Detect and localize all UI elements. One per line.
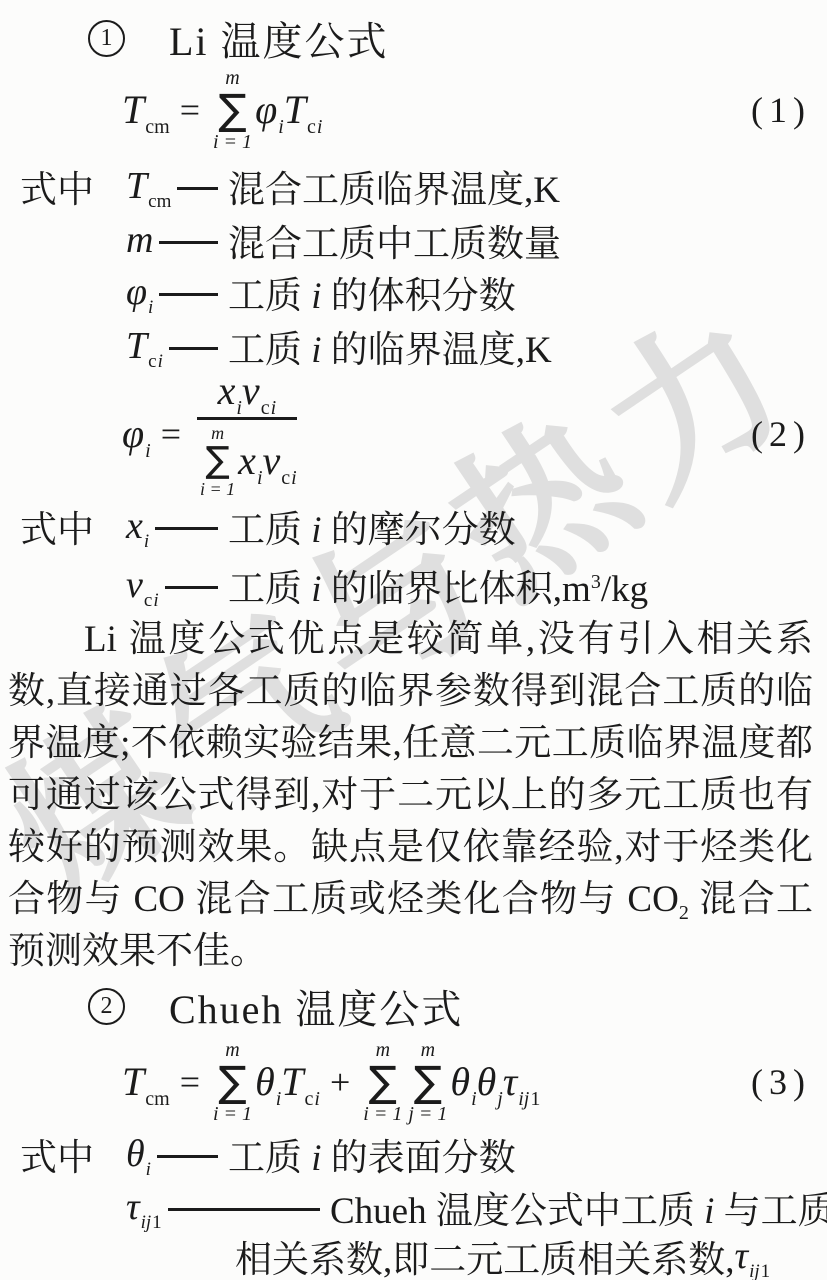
definition-term: Tcm <box>126 164 224 208</box>
denominator: m∑i = 1xivci <box>197 420 297 498</box>
var-subscript: i <box>314 1089 320 1109</box>
math-variable: τij1 <box>503 1062 540 1102</box>
text-run: 的临界温度,K <box>322 330 552 371</box>
math-variable: Tcm <box>122 90 170 130</box>
var-subscript: i <box>317 117 323 137</box>
definition-row: 式中 Tcm 混合工质临界温度,K <box>0 158 827 214</box>
paragraph-line: 较好的预测效果。缺点是仅依靠经验,对于烃类化 <box>8 822 813 874</box>
var-base: T <box>281 1062 303 1102</box>
var-subscript: cm <box>145 1089 169 1109</box>
paragraph-line: 数,直接通过各工质的临界参数得到混合工质的临 <box>8 666 813 718</box>
math-variable: θi <box>126 1135 151 1173</box>
term-symbol: φi <box>126 270 153 314</box>
where-label: 式中 <box>20 1127 126 1181</box>
paragraph-line: Li 温度公式优点是较简单,没有引入相关系 <box>8 614 813 666</box>
math-operator: = <box>161 413 181 455</box>
definition-description: 工质 i 的临界温度,K <box>228 319 552 373</box>
sum-lower-limit: i = 1 <box>213 1104 252 1124</box>
equation-1-number: (1) <box>751 89 811 131</box>
var-base: x <box>218 371 236 411</box>
term-symbol: τij1 <box>126 1185 162 1229</box>
var-subscript: i <box>278 117 284 137</box>
summation: m∑i = 1 <box>213 1040 252 1124</box>
math-italic: i <box>311 1138 321 1179</box>
var-subscript: 1 <box>530 1089 540 1109</box>
math-variable: vci <box>126 566 159 604</box>
definition-dash <box>168 1208 320 1211</box>
text-run: 工质 <box>228 330 311 371</box>
sigma-icon: ∑ <box>218 1060 246 1104</box>
definition-description: 工质 i 的体积分数 <box>228 265 516 319</box>
var-subscript: i <box>144 532 149 551</box>
var-base: τ <box>126 1188 140 1226</box>
term-symbol: vci <box>126 563 159 607</box>
var-base: θ <box>477 1062 497 1102</box>
text-run: 的临界比体积,m <box>322 569 591 610</box>
var-base: T <box>122 1062 144 1102</box>
paragraph-line: 可通过该公式得到,对于二元以上的多元工质也有 <box>8 770 813 822</box>
section-title: Chueh 温度公式 <box>169 978 463 1035</box>
text-run: 数,直接通过各工质的临界参数得到混合工质的临 <box>8 671 813 712</box>
var-base: x <box>126 507 143 545</box>
definition-term: τij1 <box>126 1185 326 1229</box>
var-subscript: i <box>148 298 153 317</box>
definition-row: 式中 xi 工质 i 的摩尔分数 <box>0 500 827 552</box>
var-base: T <box>126 167 147 205</box>
var-subscript: c <box>144 591 152 610</box>
text-run: Li 温度公式优点是较简单,没有引入相关系 <box>84 619 813 660</box>
term-symbol: θi <box>126 1132 151 1176</box>
section-title: Li 温度公式 <box>169 10 389 67</box>
math-variable: τij1 <box>735 1237 771 1275</box>
page-content: 1 Li 温度公式 Tcm=m∑i = 1φiTci (1) 式中 Tcm 混合… <box>0 16 827 1280</box>
var-base: m <box>126 221 153 259</box>
text-run: 混合工质中工质数量 <box>228 224 561 265</box>
text-run: 界温度;不依赖实验结果,任意二元工质临界温度都 <box>8 723 813 764</box>
definition-row: Tci 工质 i 的临界温度,K <box>0 318 827 374</box>
text-run: 工质 <box>228 569 311 610</box>
equation-1-row: Tcm=m∑i = 1φiTci (1) <box>0 62 827 158</box>
definition-description: 工质 i 的摩尔分数 <box>228 499 516 553</box>
equation-3-formula: Tcm=m∑i = 1θiTci+m∑i = 1m∑j = 1θiθjτij1 <box>122 1040 540 1124</box>
var-subscript: ij <box>749 1262 760 1280</box>
text-run: 合物与 CO 混合工质或烃类化合物与 CO <box>8 879 679 920</box>
math-variable: φi <box>122 414 151 454</box>
math-operator: = <box>180 89 200 131</box>
var-base: τ <box>503 1062 517 1102</box>
summation: m∑i = 1 <box>363 1040 402 1124</box>
sum-lower-limit: j = 1 <box>408 1104 447 1124</box>
text-run: 相关系数,即二元工质相关系数, <box>235 1229 735 1280</box>
var-base: τ <box>735 1237 749 1275</box>
var-subscript: cm <box>145 117 169 137</box>
math-italic: i <box>311 330 321 371</box>
sigma-icon: ∑ <box>205 442 229 480</box>
summation: m∑j = 1 <box>408 1040 447 1124</box>
var-base: T <box>284 90 306 130</box>
var-subscript: i <box>146 1160 151 1179</box>
sigma-icon: ∑ <box>369 1060 397 1104</box>
var-subscript: c <box>307 117 316 137</box>
var-subscript: cm <box>148 192 171 211</box>
paragraph-line: 合物与 CO 混合工质或烃类化合物与 CO2 混合工质 <box>8 874 813 926</box>
definition-term: φi <box>126 270 224 314</box>
definition-dash <box>165 586 218 589</box>
superscript: 3 <box>591 571 601 593</box>
var-base: x <box>238 441 256 481</box>
var-subscript: c <box>261 398 270 418</box>
fraction: xivcim∑i = 1xivci <box>197 371 297 498</box>
definition-dash <box>177 187 218 190</box>
var-subscript: i <box>145 441 151 461</box>
definition-term: m <box>126 218 224 262</box>
math-variable: Tcm <box>126 167 171 205</box>
summation: m∑i = 1 <box>213 68 252 152</box>
sum-lower-limit: i = 1 <box>363 1104 402 1124</box>
definition-term: θi <box>126 1132 224 1176</box>
math-italic: i <box>311 510 321 551</box>
text-run: /kg <box>601 569 648 610</box>
text-run: 工质 <box>228 1138 311 1179</box>
var-subscript: i <box>153 591 158 610</box>
math-variable: φi <box>126 273 153 311</box>
var-subscript: c <box>305 1089 314 1109</box>
text-run: Chueh 温度公式中工质 <box>330 1191 704 1232</box>
term-symbol: Tcm <box>126 164 171 208</box>
definition-term: xi <box>126 504 224 548</box>
math-variable: Tci <box>281 1062 320 1102</box>
math-variable: Tci <box>126 327 163 365</box>
circled-number-icon: 1 <box>88 20 125 57</box>
sum-lower-limit: i = 1 <box>200 480 235 498</box>
definition-row: τij1 Chueh 温度公式中工质 i 与工质 j 的 <box>0 1182 827 1232</box>
var-subscript: ij <box>518 1089 529 1109</box>
var-subscript: i <box>291 468 297 488</box>
definition-row: φi 工质 i 的体积分数 <box>0 266 827 318</box>
equation-2-formula: φi=xivcim∑i = 1xivci <box>122 371 297 498</box>
math-operator: + <box>330 1061 350 1103</box>
where-label: 式中 <box>20 159 126 213</box>
var-base: v <box>126 566 143 604</box>
text-run: 与工质 <box>714 1191 827 1232</box>
var-subscript: i <box>471 1089 477 1109</box>
math-variable: θi <box>450 1062 476 1102</box>
var-base: T <box>122 90 144 130</box>
circled-number-icon: 2 <box>88 988 125 1025</box>
sum-upper-limit: m <box>211 424 224 442</box>
math-variable: xi <box>238 441 262 481</box>
equation-1-formula: Tcm=m∑i = 1φiTci <box>122 68 322 152</box>
math-variable: xi <box>218 371 242 411</box>
sum-lower-limit: i = 1 <box>213 132 252 152</box>
definition-row: m 混合工质中工质数量 <box>0 214 827 266</box>
math-variable: θi <box>255 1062 281 1102</box>
math-italic: i <box>704 1191 714 1232</box>
term-symbol: m <box>126 218 153 262</box>
var-subscript: i <box>158 352 163 371</box>
math-italic: i <box>311 276 321 317</box>
var-base: φ <box>126 273 147 311</box>
body-paragraph: Li 温度公式优点是较简单,没有引入相关系 数,直接通过各工质的临界参数得到混合… <box>0 614 827 978</box>
definition-description: 混合工质中工质数量 <box>228 213 561 267</box>
var-base: θ <box>450 1062 470 1102</box>
math-variable: xi <box>126 507 149 545</box>
var-base: θ <box>126 1135 145 1173</box>
text-run: 混合工质临界温度,K <box>228 170 560 211</box>
definition-row: vci 工质 i 的临界比体积,m3/kg <box>0 556 827 614</box>
definition-dash <box>169 347 218 350</box>
math-variable: θj <box>477 1062 503 1102</box>
var-subscript: i <box>271 398 277 418</box>
math-variable: m <box>126 221 153 259</box>
text-run: 工质 <box>228 276 311 317</box>
equation-3-number: (3) <box>751 1061 811 1103</box>
definition-term: Tci <box>126 324 224 368</box>
paragraph-line: 界温度;不依赖实验结果,任意二元工质临界温度都 <box>8 718 813 770</box>
term-symbol: xi <box>126 504 149 548</box>
text-run: 的摩尔分数 <box>322 510 516 551</box>
var-subscript: 1 <box>761 1262 771 1280</box>
definition-description: 工质 i 的临界比体积,m3/kg <box>228 558 648 612</box>
section-heading-li: 1 Li 温度公式 <box>88 16 827 60</box>
definition-term: vci <box>126 563 224 607</box>
definition-dash <box>157 1155 218 1158</box>
equation-2-row: φi=xivcim∑i = 1xivci (2) <box>0 374 827 494</box>
var-subscript: i <box>257 468 263 488</box>
section-heading-chueh: 2 Chueh 温度公式 <box>88 984 827 1028</box>
var-subscript: ij <box>141 1213 152 1232</box>
var-base: θ <box>255 1062 275 1102</box>
math-variable: vci <box>242 371 276 411</box>
text-run: 预测效果不佳。 <box>8 931 267 972</box>
math-variable: Tci <box>284 90 323 130</box>
term-symbol: Tci <box>126 324 163 368</box>
math-variable: vci <box>263 441 297 481</box>
definition-description: Chueh 温度公式中工质 i 与工质 j 的 <box>330 1180 827 1234</box>
text-run: 可通过该公式得到,对于二元以上的多元工质也有 <box>8 775 813 816</box>
var-subscript: i <box>276 1089 282 1109</box>
definition-row: 式中 θi 工质 i 的表面分数 <box>0 1126 827 1182</box>
definition-dash <box>155 527 218 530</box>
var-base: v <box>242 371 260 411</box>
var-subscript: i <box>236 398 242 418</box>
math-variable: τij1 <box>126 1188 162 1226</box>
math-italic: i <box>311 569 321 610</box>
var-base: φ <box>122 414 144 454</box>
equation-3-row: Tcm=m∑i = 1θiTci+m∑i = 1m∑j = 1θiθjτij1 … <box>0 1038 827 1126</box>
var-subscript: j <box>497 1089 503 1109</box>
equation-2-number: (2) <box>751 413 811 455</box>
text-run: 较好的预测效果。缺点是仅依靠经验,对于烃类化 <box>8 827 813 868</box>
text-run: 工质 <box>228 510 311 551</box>
var-base: T <box>126 327 147 365</box>
numerator: xivci <box>208 371 287 417</box>
text-run: 的表面分数 <box>322 1138 516 1179</box>
definition-dash <box>159 241 218 244</box>
var-base: φ <box>255 90 277 130</box>
var-base: v <box>263 441 281 481</box>
var-subscript: 1 <box>152 1213 162 1232</box>
paragraph-line: 预测效果不佳。 <box>8 926 813 978</box>
summation: m∑i = 1 <box>200 424 235 498</box>
definition-description: 混合工质临界温度,K <box>228 159 560 213</box>
sigma-icon: ∑ <box>218 88 246 132</box>
var-subscript: c <box>281 468 290 488</box>
subscript: 2 <box>679 902 689 924</box>
text-run: 的体积分数 <box>322 276 516 317</box>
where-label: 式中 <box>20 499 126 553</box>
definition-continuation: 相关系数,即二元工质相关系数,τij1 <box>235 1232 827 1280</box>
sigma-icon: ∑ <box>414 1060 442 1104</box>
math-variable: Tcm <box>122 1062 170 1102</box>
definition-description: 工质 i 的表面分数 <box>228 1127 516 1181</box>
math-operator: = <box>180 1061 200 1103</box>
math-variable: φi <box>255 90 284 130</box>
document-page: 煤气与热力 1 Li 温度公式 Tcm=m∑i = 1φiTci (1) 式中 … <box>0 0 827 1280</box>
definition-dash <box>159 293 218 296</box>
var-subscript: c <box>148 352 156 371</box>
